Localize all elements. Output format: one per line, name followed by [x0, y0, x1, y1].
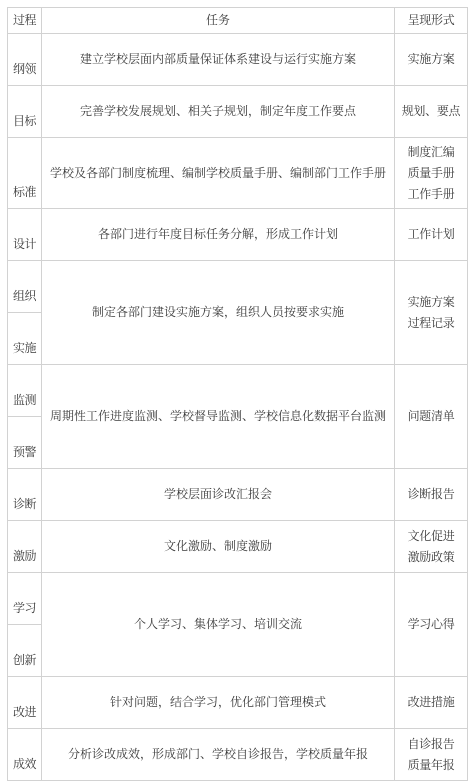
table-row: 组织 制定各部门建设实施方案，组织人员按要求实施 实施方案 过程记录 [8, 261, 468, 313]
form-cell: 规划、要点 [395, 86, 468, 138]
process-cell: 学习 [8, 573, 42, 625]
task-cell: 个人学习、集体学习、培训交流 [42, 573, 395, 677]
process-cell: 诊断 [8, 469, 42, 521]
table-row: 监测 周期性工作进度监测、学校督导监测、学校信息化数据平台监测 问题清单 [8, 365, 468, 417]
header-process: 过程 [8, 8, 42, 34]
form-cell: 改进措施 [395, 677, 468, 719]
task-cell: 周期性工作进度监测、学校督导监测、学校信息化数据平台监测 [42, 365, 395, 469]
process-cell: 纲领 [8, 34, 42, 86]
form-line: 规划、要点 [395, 101, 467, 122]
form-cell: 学习心得 [395, 573, 468, 677]
process-cell: 激励 [8, 521, 42, 573]
form-line: 过程记录 [395, 313, 467, 334]
table-row: 激励 文化激励、制度激励 文化促进 激励政策 [8, 521, 468, 573]
form-cell: 实施方案 [395, 34, 468, 86]
form-line: 实施方案 [395, 292, 467, 313]
form-cell: 问题清单 [395, 365, 468, 469]
form-cell: 文化促进 激励政策 [395, 521, 468, 573]
form-line: 问题清单 [395, 406, 467, 427]
form-cell: 工作计划 [395, 209, 468, 261]
table-header-row: 过程 任务 呈现形式 [8, 8, 468, 34]
form-cell: 诊断报告 [395, 469, 468, 521]
task-cell: 学校层面诊改汇报会 [42, 469, 395, 521]
task-cell: 学校及各部门制度梳理、编制学校质量手册、编制部门工作手册 [42, 138, 395, 209]
table-row: 改进 针对问题，结合学习，优化部门管理模式 改进措施 [8, 677, 468, 719]
form-line: 激励政策 [395, 547, 467, 568]
form-line: 改进措施 [395, 692, 467, 713]
header-form: 呈现形式 [395, 8, 468, 34]
process-cell: 实施 [8, 313, 42, 365]
form-line: 诊断报告 [395, 484, 467, 505]
table-row: 学习 个人学习、集体学习、培训交流 学习心得 [8, 573, 468, 625]
table-row: 纲领 建立学校层面内部质量保证体系建设与运行实施方案 实施方案 [8, 34, 468, 86]
process-cell: 改进 [8, 677, 42, 719]
form-line: 工作计划 [395, 224, 467, 245]
process-cell: 组织 [8, 261, 42, 313]
process-cell: 预警 [8, 417, 42, 469]
form-line: 制度汇编 [395, 142, 467, 163]
form-cell: 制度汇编 质量手册 工作手册 [395, 138, 468, 209]
table-row: 诊断 学校层面诊改汇报会 诊断报告 [8, 469, 468, 521]
quality-process-table: 过程 任务 呈现形式 纲领 建立学校层面内部质量保证体系建设与运行实施方案 实施… [7, 7, 468, 718]
task-cell: 文化激励、制度激励 [42, 521, 395, 573]
table-row: 设计 各部门进行年度目标任务分解，形成工作计划 工作计划 [8, 209, 468, 261]
process-cell: 监测 [8, 365, 42, 417]
process-cell: 设计 [8, 209, 42, 261]
table-row: 目标 完善学校发展规划、相关子规划，制定年度工作要点 规划、要点 [8, 86, 468, 138]
process-table-container: 过程 任务 呈现形式 纲领 建立学校层面内部质量保证体系建设与运行实施方案 实施… [7, 7, 468, 718]
form-cell: 实施方案 过程记录 [395, 261, 468, 365]
task-cell: 制定各部门建设实施方案，组织人员按要求实施 [42, 261, 395, 365]
task-cell: 完善学校发展规划、相关子规划，制定年度工作要点 [42, 86, 395, 138]
form-line: 质量手册 [395, 163, 467, 184]
form-line: 工作手册 [395, 184, 467, 205]
form-line: 学习心得 [395, 614, 467, 635]
task-cell: 针对问题，结合学习，优化部门管理模式 [42, 677, 395, 719]
task-cell: 建立学校层面内部质量保证体系建设与运行实施方案 [42, 34, 395, 86]
table-row: 标准 学校及各部门制度梳理、编制学校质量手册、编制部门工作手册 制度汇编 质量手… [8, 138, 468, 209]
form-line: 实施方案 [395, 49, 467, 70]
task-cell: 各部门进行年度目标任务分解，形成工作计划 [42, 209, 395, 261]
process-cell: 创新 [8, 625, 42, 677]
process-cell: 标准 [8, 138, 42, 209]
form-line: 文化促进 [395, 526, 467, 547]
process-cell: 目标 [8, 86, 42, 138]
header-task: 任务 [42, 8, 395, 34]
